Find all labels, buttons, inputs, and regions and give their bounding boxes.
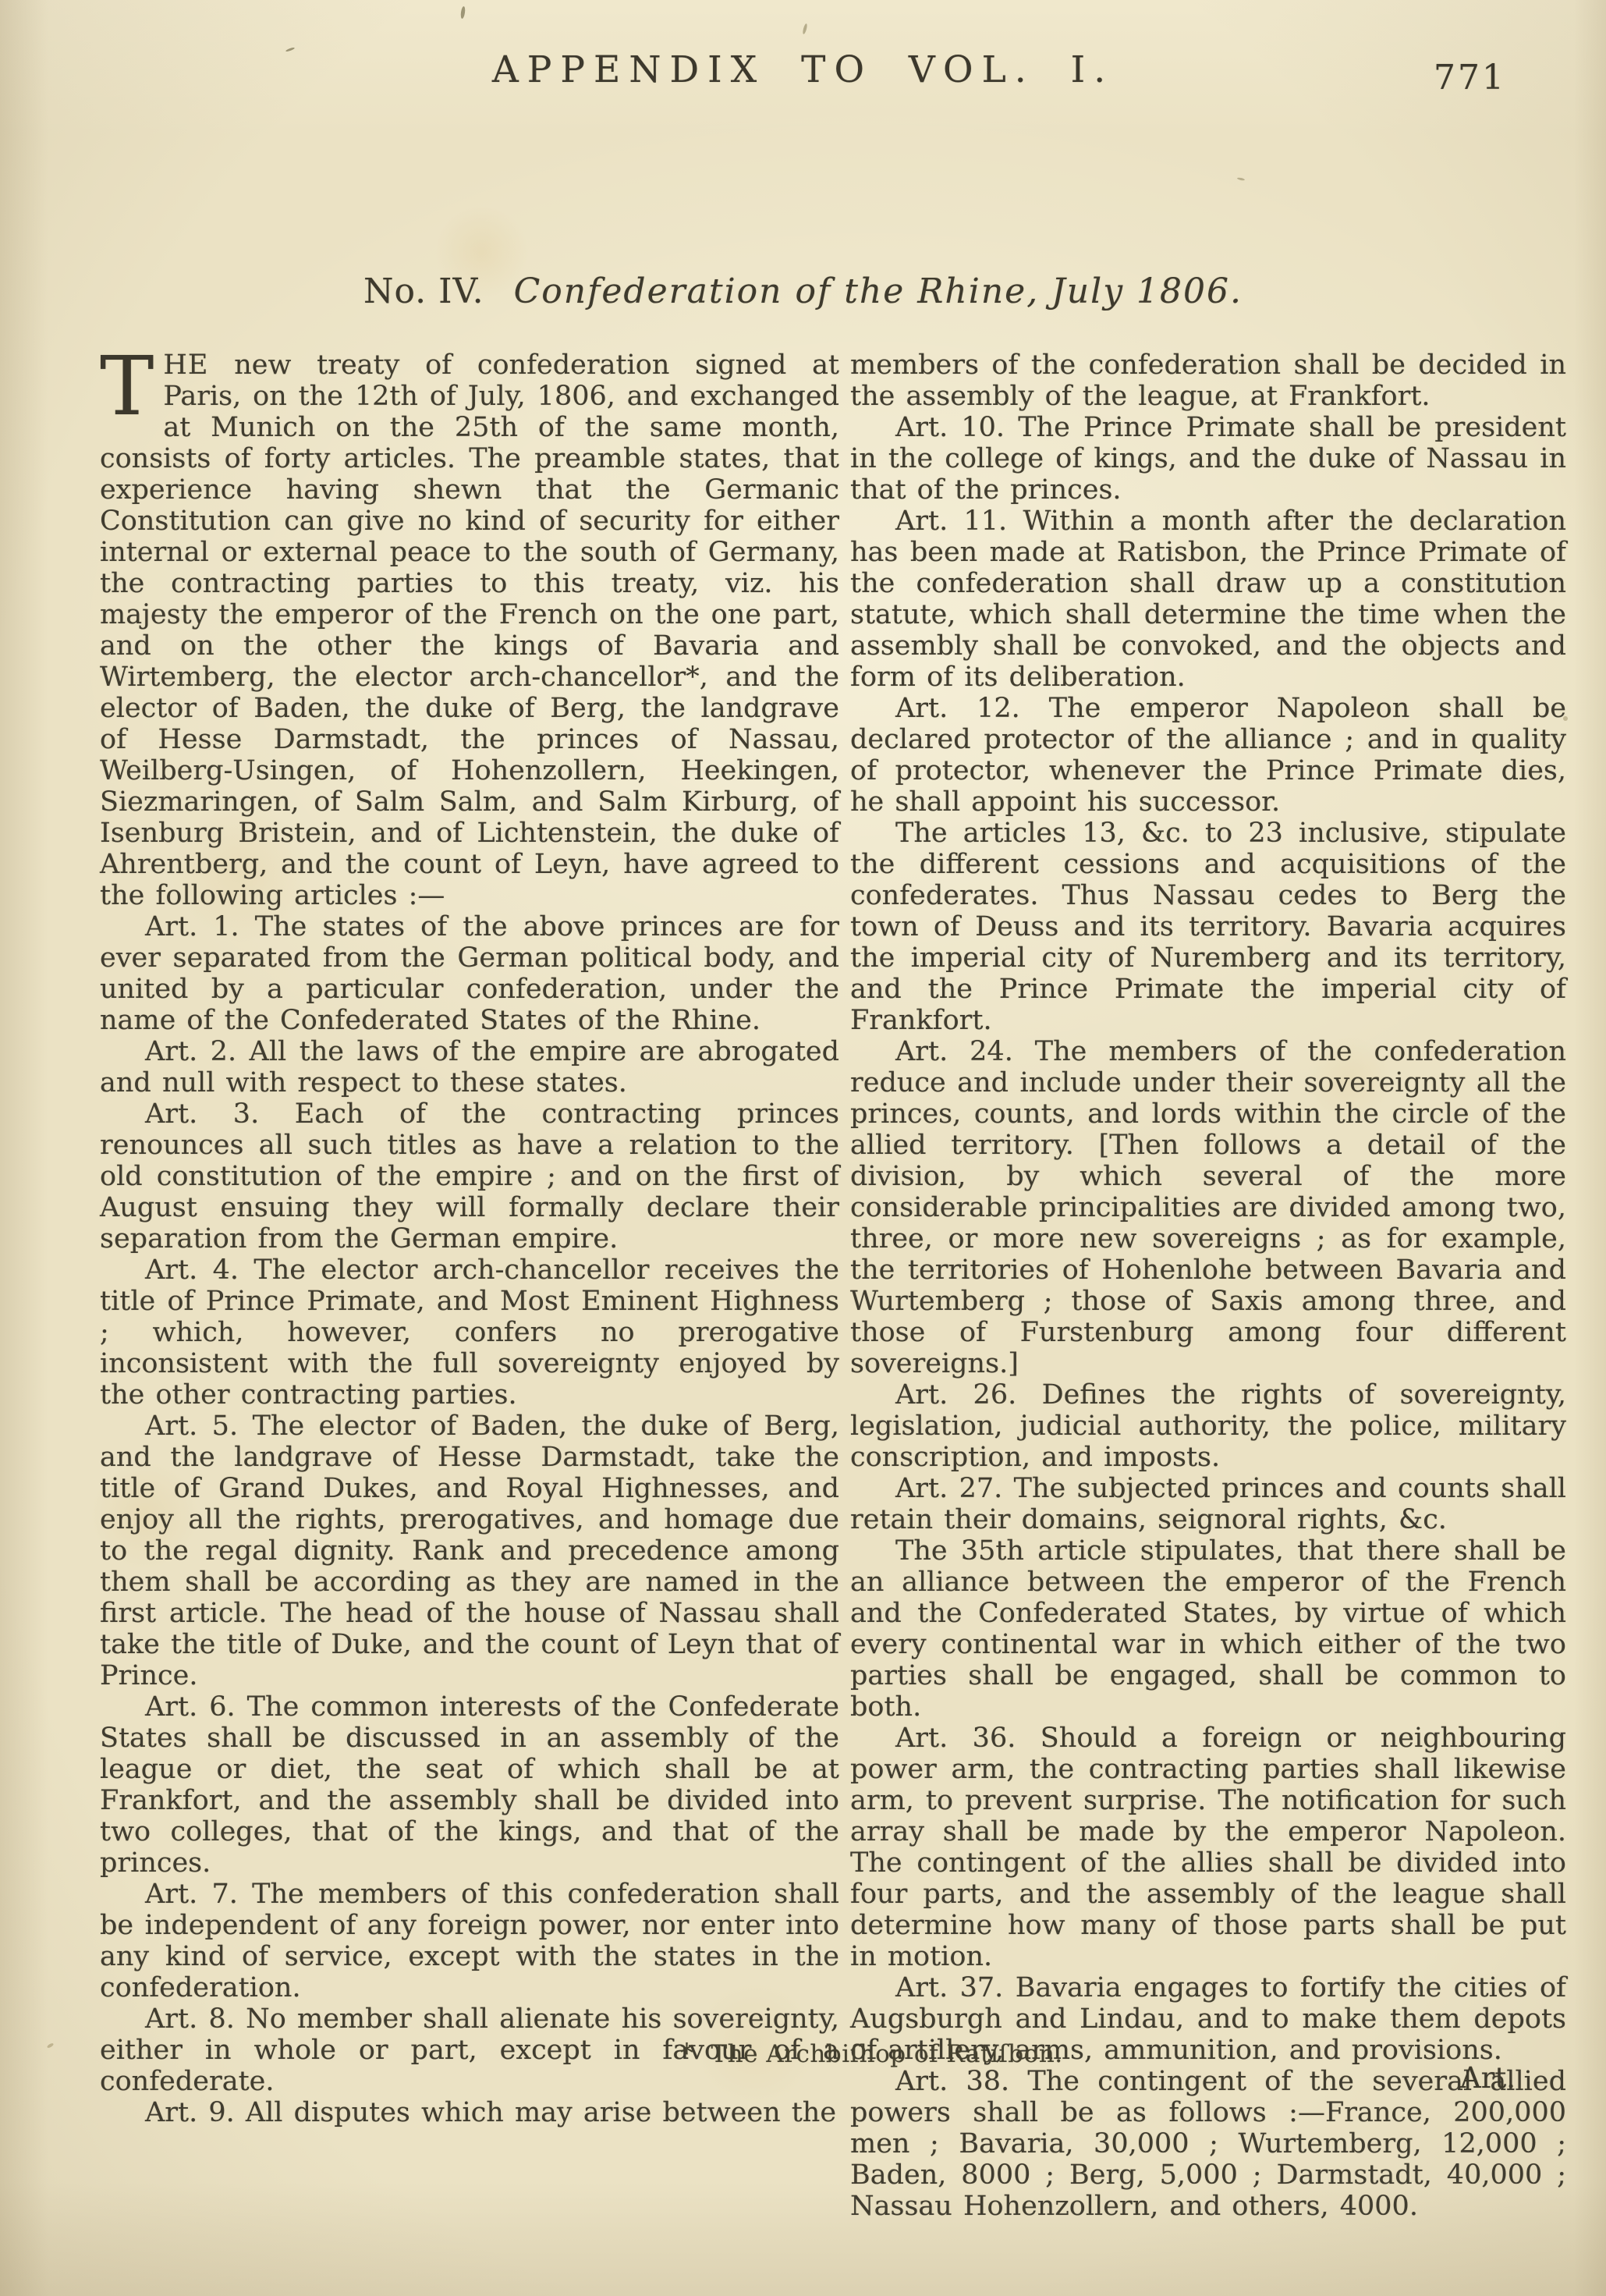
text-columns: THE new treaty of confederation signed a… bbox=[0, 350, 1606, 2222]
book-page: APPENDIX TO VOL. I. 771 No. IV.Confedera… bbox=[0, 0, 1606, 2296]
paragraph: Art. 12. The emperor Napoleon shall be d… bbox=[850, 693, 1566, 818]
paper-speck bbox=[1237, 177, 1245, 181]
footnote-marker: * bbox=[680, 2038, 694, 2069]
paragraph: Art. 9. All disputes which may arise bet… bbox=[100, 2097, 839, 2128]
paragraph: Art. 24. The members of the confederatio… bbox=[850, 1036, 1566, 1379]
drop-cap: T bbox=[100, 350, 163, 418]
paragraph: The articles 13, &c. to 23 inclusive, st… bbox=[850, 818, 1566, 1036]
paragraph-text: new treaty of confederation signed at Pa… bbox=[100, 350, 839, 911]
paragraph: Art. 7. The members of this confederatio… bbox=[100, 1879, 839, 2003]
page-number: 771 bbox=[1434, 58, 1506, 98]
paragraph: Art. 36. Should a foreign or neighbourin… bbox=[850, 1723, 1566, 1972]
paper-speck bbox=[460, 6, 466, 20]
paragraph: Art. 3. Each of the contracting princes … bbox=[100, 1098, 839, 1254]
paragraph: Art. 1. The states of the above princes … bbox=[100, 911, 839, 1036]
catchword: Art. bbox=[1460, 2061, 1516, 2095]
paragraph: THE new treaty of confederation signed a… bbox=[100, 350, 839, 911]
paragraph: Art. 4. The elector arch-chancellor rece… bbox=[100, 1254, 839, 1411]
paragraph: Art. 2. All the laws of the empire are a… bbox=[100, 1036, 839, 1098]
paragraph: Art. 38. The contingent of the several a… bbox=[850, 2066, 1566, 2222]
running-header: APPENDIX TO VOL. I. bbox=[0, 48, 1606, 91]
paragraph: The 35th article stipulates, that there … bbox=[850, 1535, 1566, 1723]
heading-title: Confederation of the Rhine, July 1806. bbox=[514, 271, 1243, 311]
right-column: members of the confederation shall be de… bbox=[850, 350, 1566, 2222]
footnote-text: The Archbiſhop of Ratiſbon. bbox=[711, 2040, 1063, 2068]
document-heading: No. IV.Confederation of the Rhine, July … bbox=[0, 271, 1606, 311]
paper-speck bbox=[802, 23, 807, 35]
lead-capitals: HE bbox=[163, 350, 208, 381]
footnote: *The Archbiſhop of Ratiſbon. bbox=[680, 2038, 1063, 2069]
paper-speck bbox=[1563, 716, 1568, 721]
paragraph: Art. 26. Defines the rights of sovereign… bbox=[850, 1379, 1566, 1473]
paragraph: Art. 5. The elector of Baden, the duke o… bbox=[100, 1411, 839, 1691]
paragraph: members of the confederation shall be de… bbox=[850, 350, 1566, 412]
heading-number: No. IV. bbox=[363, 271, 484, 311]
paragraph: Art. 6. The common interests of the Conf… bbox=[100, 1691, 839, 1879]
paragraph: Art. 11. Within a month after the declar… bbox=[850, 506, 1566, 693]
paragraph: Art. 27. The subjected princes and count… bbox=[850, 1473, 1566, 1535]
left-column: THE new treaty of confederation signed a… bbox=[100, 350, 839, 2222]
paragraph: Art. 10. The Prince Primate shall be pre… bbox=[850, 412, 1566, 506]
